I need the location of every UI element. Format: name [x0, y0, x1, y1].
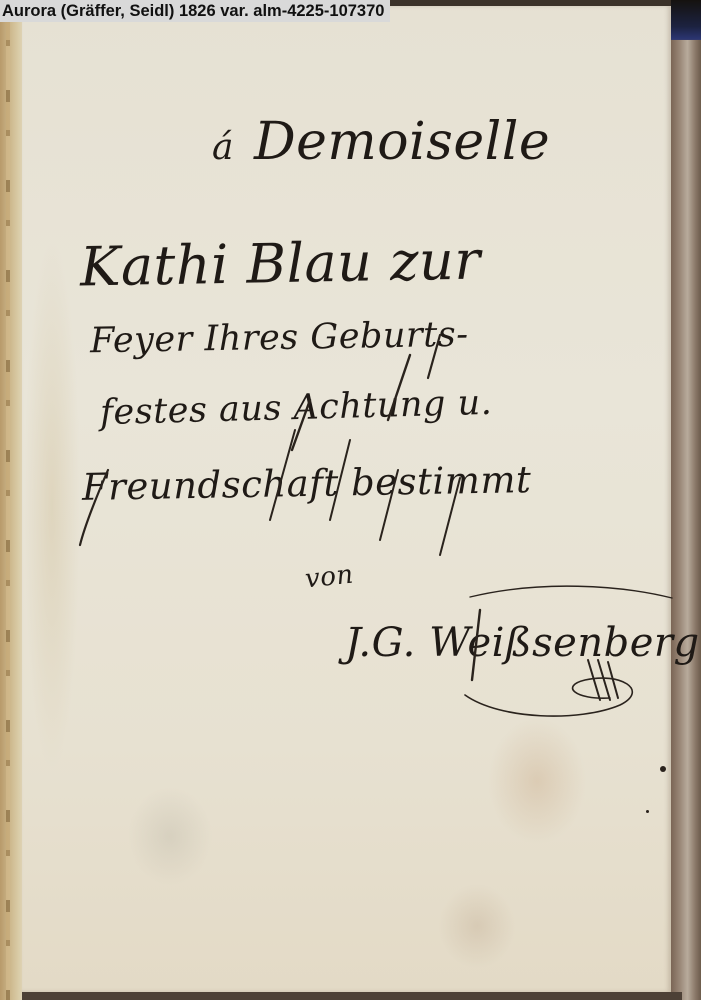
inscription-von: von — [304, 560, 355, 595]
signature: J.G. Weißsenberg — [345, 620, 700, 666]
ink-spot — [660, 766, 666, 772]
book-bottom-edge — [22, 992, 682, 1000]
inscription-line-3: Feyer Ihres Geburts- — [90, 315, 469, 362]
image-caption: Aurora (Gräffer, Seidl) 1826 var. alm-42… — [0, 0, 390, 22]
ink-spot — [646, 810, 649, 813]
inscription-line-5: Freundschaft bestimmt — [82, 458, 532, 509]
inscription-line-1: áDemoiselle — [212, 112, 550, 172]
inscription-line-2: Kathi Blau zur — [79, 229, 481, 299]
inscription-text: Demoiselle — [254, 112, 550, 172]
inscription-prefix: á — [212, 127, 234, 168]
book-page-edges — [671, 40, 701, 1000]
